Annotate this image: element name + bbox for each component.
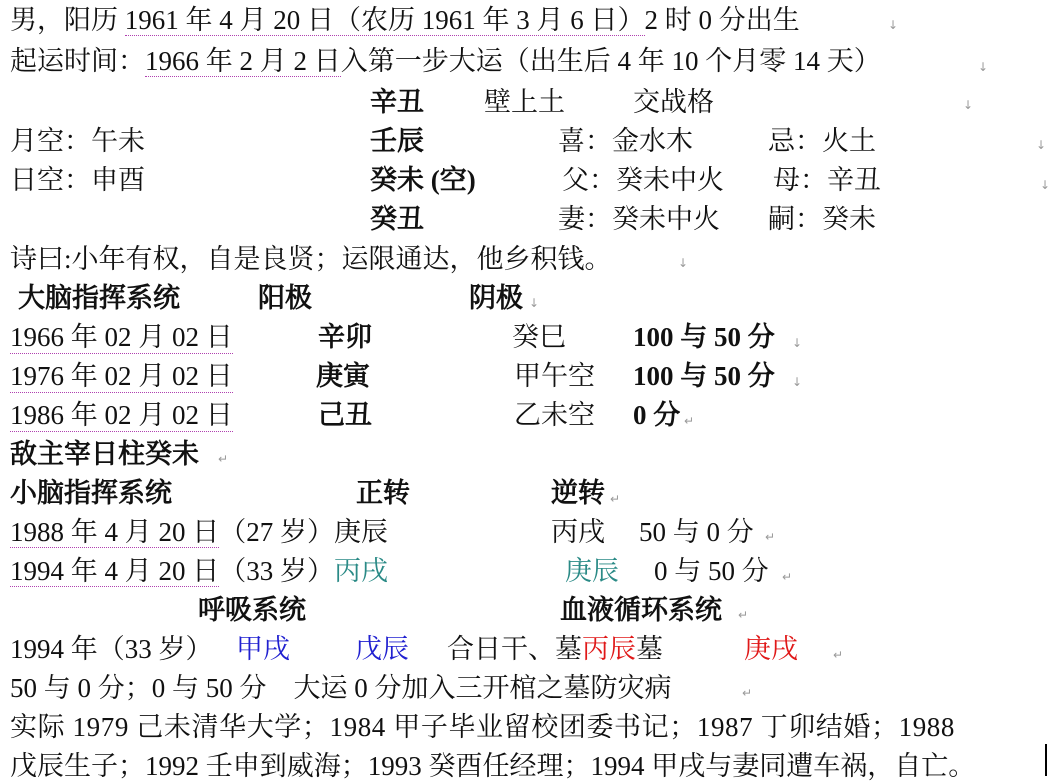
paragraph-mark-icon: ↓	[1040, 178, 1048, 192]
return-mark-icon: ↵	[610, 492, 620, 506]
paragraph-mark-icon: ↓	[792, 375, 802, 389]
brain-row-yang: 辛卯	[318, 321, 372, 353]
brain-row-yang: 庚寅	[316, 360, 370, 392]
year-1994-c: 丙辰	[582, 634, 636, 664]
birth-time: 2 时 0 分出生	[645, 5, 800, 35]
cerebellum-row-reverse: 庚辰	[565, 555, 619, 587]
return-mark-icon: ↵	[742, 686, 752, 700]
year-1994-d: 墓	[636, 634, 663, 664]
birth-date: 1961 年 4 月 20 日（农历 1961 年 3 月 6 日）	[125, 5, 645, 36]
cerebellum-row-forward: 庚辰	[334, 517, 388, 547]
year-1994-prefix: 1994 年（33 岁）	[10, 633, 213, 665]
yang-label: 阳极	[258, 282, 312, 314]
cerebellum-row-reverse: 丙戌	[551, 516, 605, 548]
actual-events-line-2: 戊辰生子；1992 壬申到威海；1993 癸酉任经理；1994 甲戌与妻同遭车祸…	[10, 750, 975, 782]
cerebellum-row: 1994 年 4 月 20 日（33 岁）丙戌	[10, 555, 388, 587]
brain-row-score: 0 分	[633, 399, 680, 431]
cerebellum-row-age: （27 岁）	[219, 517, 334, 547]
respiratory-system: 呼吸系统	[198, 594, 306, 626]
return-mark-icon: ↵	[765, 530, 775, 544]
paragraph-mark-icon: ↓	[978, 60, 988, 74]
cerebellum-row-date: 1988 年 4 月 20 日	[10, 517, 219, 548]
brain-row-yin: 癸巳	[512, 321, 566, 353]
paragraph-mark-icon: ↓	[678, 256, 688, 270]
return-mark-icon: ↵	[833, 648, 843, 662]
paragraph-mark-icon: ↓	[529, 296, 539, 310]
luck-start-detail: 入第一步大运（出生后 4 年 10 个月零 14 天）	[341, 46, 881, 76]
brain-row-date: 1976 年 02 月 02 日	[10, 360, 233, 393]
day-pillar: 癸未 (空)	[370, 164, 476, 196]
favorable-elements: 喜：金水木	[558, 125, 693, 157]
text-cursor	[1045, 744, 1047, 776]
poem: 诗曰:小年有权，自是良贤；运限通达，他乡积钱。	[10, 243, 612, 275]
brain-row-yang: 己丑	[318, 399, 372, 431]
year-pillar: 辛丑	[370, 86, 424, 118]
paragraph-mark-icon: ↓	[1036, 138, 1046, 152]
month-pillar: 壬辰	[370, 125, 424, 157]
pattern: 交战格	[633, 86, 714, 118]
reverse-label: 逆转	[551, 477, 605, 509]
actual-events-line-1: 实际 1979 己未清华大学；1984 甲子毕业留校团委书记；1987 丁卯结婚…	[10, 711, 955, 743]
cerebellum-row-forward: 丙戌	[334, 556, 388, 586]
month-void: 月空：午未	[10, 125, 145, 157]
forward-label: 正转	[356, 477, 410, 509]
birth-line: 男，阳历 1961 年 4 月 20 日（农历 1961 年 3 月 6 日）2…	[10, 4, 800, 36]
hour-pillar: 癸丑	[370, 203, 424, 235]
luck-start-line: 起运时间：1966 年 2 月 2 日入第一步大运（出生后 4 年 10 个月零…	[10, 45, 881, 77]
return-mark-icon: ↵	[782, 570, 792, 584]
brain-row-date: 1966 年 02 月 02 日	[10, 321, 233, 354]
return-mark-icon: ↵	[684, 414, 694, 428]
paragraph-mark-icon: ↓	[792, 336, 802, 350]
offspring: 嗣：癸未	[768, 203, 876, 235]
day-void: 日空：申酉	[10, 164, 145, 196]
circulatory-system: 血液循环系统	[560, 594, 722, 626]
year-1994-mid: 合日干、墓丙辰墓	[447, 633, 663, 665]
brain-row-yin: 甲午空	[514, 360, 595, 392]
year-1994-e: 庚戌	[744, 633, 798, 665]
birth-prefix: 男，阳历	[10, 5, 125, 35]
year-1994-mid-text: 合日干、墓	[447, 634, 582, 664]
cerebellum-title: 小脑指挥系统	[10, 477, 172, 509]
cerebellum-row-age: （33 岁）	[219, 556, 334, 586]
paragraph-mark-icon: ↓	[963, 98, 973, 112]
year-1994-b: 戊辰	[355, 633, 409, 665]
luck-start-label: 起运时间：	[10, 46, 145, 76]
brain-row-score: 100 与 50 分	[633, 321, 775, 353]
nayin: 壁上土	[484, 86, 565, 118]
return-mark-icon: ↵	[738, 608, 748, 622]
unfavorable-elements: 忌：火土	[768, 125, 876, 157]
brain-row-yin: 乙未空	[514, 399, 595, 431]
cerebellum-row-score: 50 与 0 分	[639, 516, 754, 548]
luck-start-date: 1966 年 2 月 2 日	[145, 46, 341, 77]
brain-row-date: 1986 年 02 月 02 日	[10, 399, 233, 432]
wife: 妻：癸未中火	[558, 203, 720, 235]
return-mark-icon: ↵	[218, 452, 228, 466]
year-1994-a: 甲戌	[236, 633, 290, 665]
mother: 母：辛丑	[773, 164, 881, 196]
cerebellum-row-score: 0 与 50 分	[654, 555, 769, 587]
cerebellum-row: 1988 年 4 月 20 日（27 岁）庚辰	[10, 516, 388, 548]
paragraph-mark-icon: ↓	[888, 18, 898, 32]
scores-line: 50 与 0 分；0 与 50 分 大运 0 分加入三开棺之墓防灾病	[10, 672, 672, 704]
father: 父：癸未中火	[562, 164, 724, 196]
brain-system-title: 大脑指挥系统	[18, 282, 180, 314]
brain-row-score: 100 与 50 分	[633, 360, 775, 392]
enemy-line: 敌主宰日柱癸未	[10, 438, 199, 470]
cerebellum-row-date: 1994 年 4 月 20 日	[10, 556, 219, 587]
yin-label: 阴极	[469, 282, 523, 314]
